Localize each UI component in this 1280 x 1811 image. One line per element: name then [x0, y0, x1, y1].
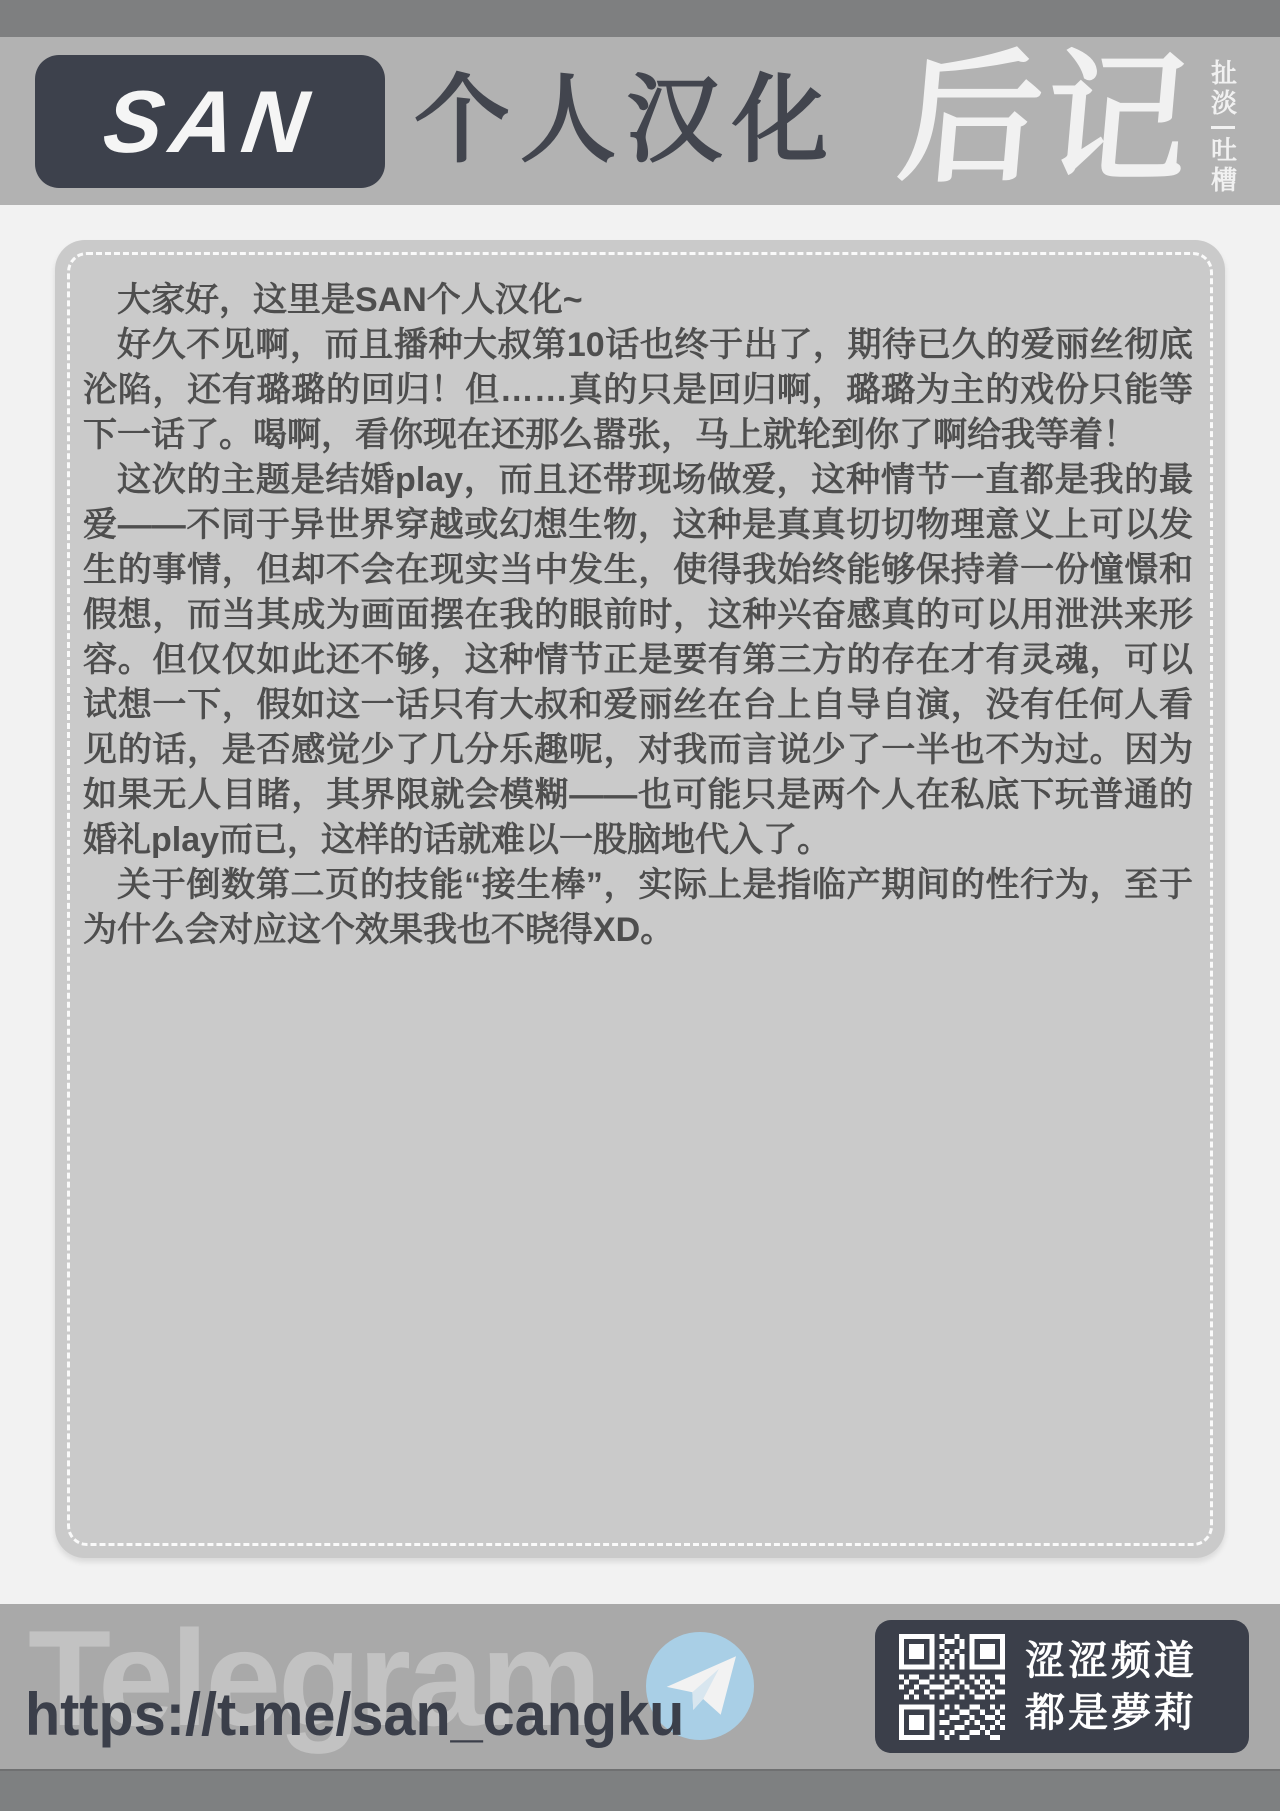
qr-caption-line1: 涩涩频道 [1025, 1635, 1197, 1687]
afterword-paragraph-2: 好久不见啊，而且播种大叔第10话也终于出了，期待已久的爱丽丝彻底沦陷，还有璐璐的… [83, 323, 1193, 458]
qr-caption-line2: 都是夢莉 [1025, 1687, 1197, 1739]
tag-chatter: 扯淡 [1205, 59, 1242, 119]
afterword-paragraph-3: 这次的主题是结婚play，而且还带现场做爱，这种情节一直都是我的最爱——不同于异… [83, 458, 1193, 863]
san-logo: SAN [35, 55, 385, 188]
qr-caption: 涩涩频道 都是夢莉 [1025, 1635, 1197, 1739]
bottom-strip [0, 1769, 1280, 1811]
brand-label: 个人汉化 [414, 65, 838, 177]
header-tags: 扯淡 吐槽 [1206, 59, 1240, 196]
afterword-text: 大家好，这里是SAN个人汉化~ 好久不见啊，而且播种大叔第10话也终于出了，期待… [83, 278, 1193, 953]
tag-rant: 吐槽 [1205, 136, 1242, 196]
afterword-box: 大家好，这里是SAN个人汉化~ 好久不见啊，而且播种大叔第10话也终于出了，期待… [55, 240, 1225, 1558]
telegram-url[interactable]: https://t.me/san_cangku [25, 1680, 684, 1749]
afterword-paragraph-4: 关于倒数第二页的技能“接生棒”，实际上是指临产期间的性行为，至于为什么会对应这个… [83, 863, 1193, 953]
top-strip [0, 0, 1280, 37]
tag-divider [1211, 126, 1235, 129]
header: SAN 个人汉化 后记 扯淡 吐槽 [0, 37, 1280, 205]
qr-code [899, 1634, 1005, 1740]
qr-panel: 涩涩频道 都是夢莉 [875, 1620, 1249, 1753]
footer: Telegram https://t.me/san_cangku [0, 1604, 1280, 1769]
page: SAN 个人汉化 后记 扯淡 吐槽 大家好，这里是SAN个人汉化~ 好久不见啊，… [0, 0, 1280, 1811]
san-logo-text: SAN [99, 78, 321, 166]
page-title: 后记 [893, 45, 1198, 195]
main-area: 大家好，这里是SAN个人汉化~ 好久不见啊，而且播种大叔第10话也终于出了，期待… [0, 205, 1280, 1604]
afterword-paragraph-1: 大家好，这里是SAN个人汉化~ [83, 278, 1193, 323]
